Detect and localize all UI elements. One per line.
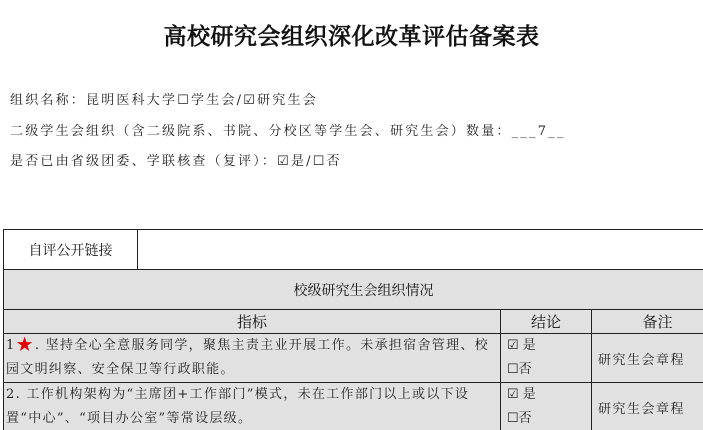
self-eval-row: 自评公开链接 (4, 230, 703, 270)
assessment-table: 自评公开链接 校级研究生会组织情况 指标 结论 备注 1★. 坚持全心全意服务同… (3, 229, 703, 430)
item-number: 2 (6, 387, 16, 402)
indicator-cell: 2. 工作机构架构为“主席团+工作部门”模式，未在工作部门以上或以下设置“中心”… (4, 383, 501, 430)
yes-checkbox[interactable]: ☑ 是 (507, 334, 591, 358)
conclusion-cell: ☑ 是 ☐否 (501, 383, 592, 430)
header-remark: 备注 (592, 310, 703, 334)
column-header-row: 指标 结论 备注 (4, 310, 703, 334)
self-eval-label: 自评公开链接 (4, 230, 138, 270)
star-icon: ★ (16, 332, 35, 356)
indicator-text: . 工作机构架构为“主席团+工作部门”模式，未在工作部门以上或以下设置“中心”、… (6, 387, 469, 426)
conclusion-cell: ☑ 是 ☐否 (501, 334, 592, 383)
no-checkbox[interactable]: ☐否 (507, 358, 591, 382)
remark-cell: 研究生会章程 (592, 383, 703, 430)
item-number: 1 (6, 338, 16, 353)
section-title: 校级研究生会组织情况 (4, 270, 703, 310)
table-row: 2. 工作机构架构为“主席团+工作部门”模式，未在工作部门以上或以下设置“中心”… (4, 383, 703, 430)
org-name-line: 组织名称：昆明医科大学☐学生会/☑研究生会 (10, 89, 318, 108)
page-title: 高校研究会组织深化改革评估备案表 (0, 18, 703, 51)
yes-checkbox[interactable]: ☑ 是 (507, 383, 591, 407)
review-status-line: 是否已由省级团委、学联核查（复评）：☑是/☐否 (10, 150, 342, 169)
indicator-text: . 坚持全心全意服务同学，聚焦主责主业开展工作。未承担宿舍管理、校园文明纠察、安… (6, 338, 489, 377)
no-checkbox[interactable]: ☐否 (507, 407, 591, 430)
self-eval-link-field[interactable] (138, 230, 703, 270)
table-row: 1★. 坚持全心全意服务同学，聚焦主责主业开展工作。未承担宿舍管理、校园文明纠察… (4, 334, 703, 383)
header-conclusion: 结论 (501, 310, 592, 334)
section-header-row: 校级研究生会组织情况 (4, 270, 703, 310)
remark-cell: 研究生会章程 (592, 334, 703, 383)
second-level-count-line: 二级学生会组织（含二级院系、书院、分校区等学生会、研究生会）数量：___7__ (10, 120, 566, 139)
indicator-cell: 1★. 坚持全心全意服务同学，聚焦主责主业开展工作。未承担宿舍管理、校园文明纠察… (4, 334, 501, 383)
header-indicator: 指标 (4, 310, 501, 334)
